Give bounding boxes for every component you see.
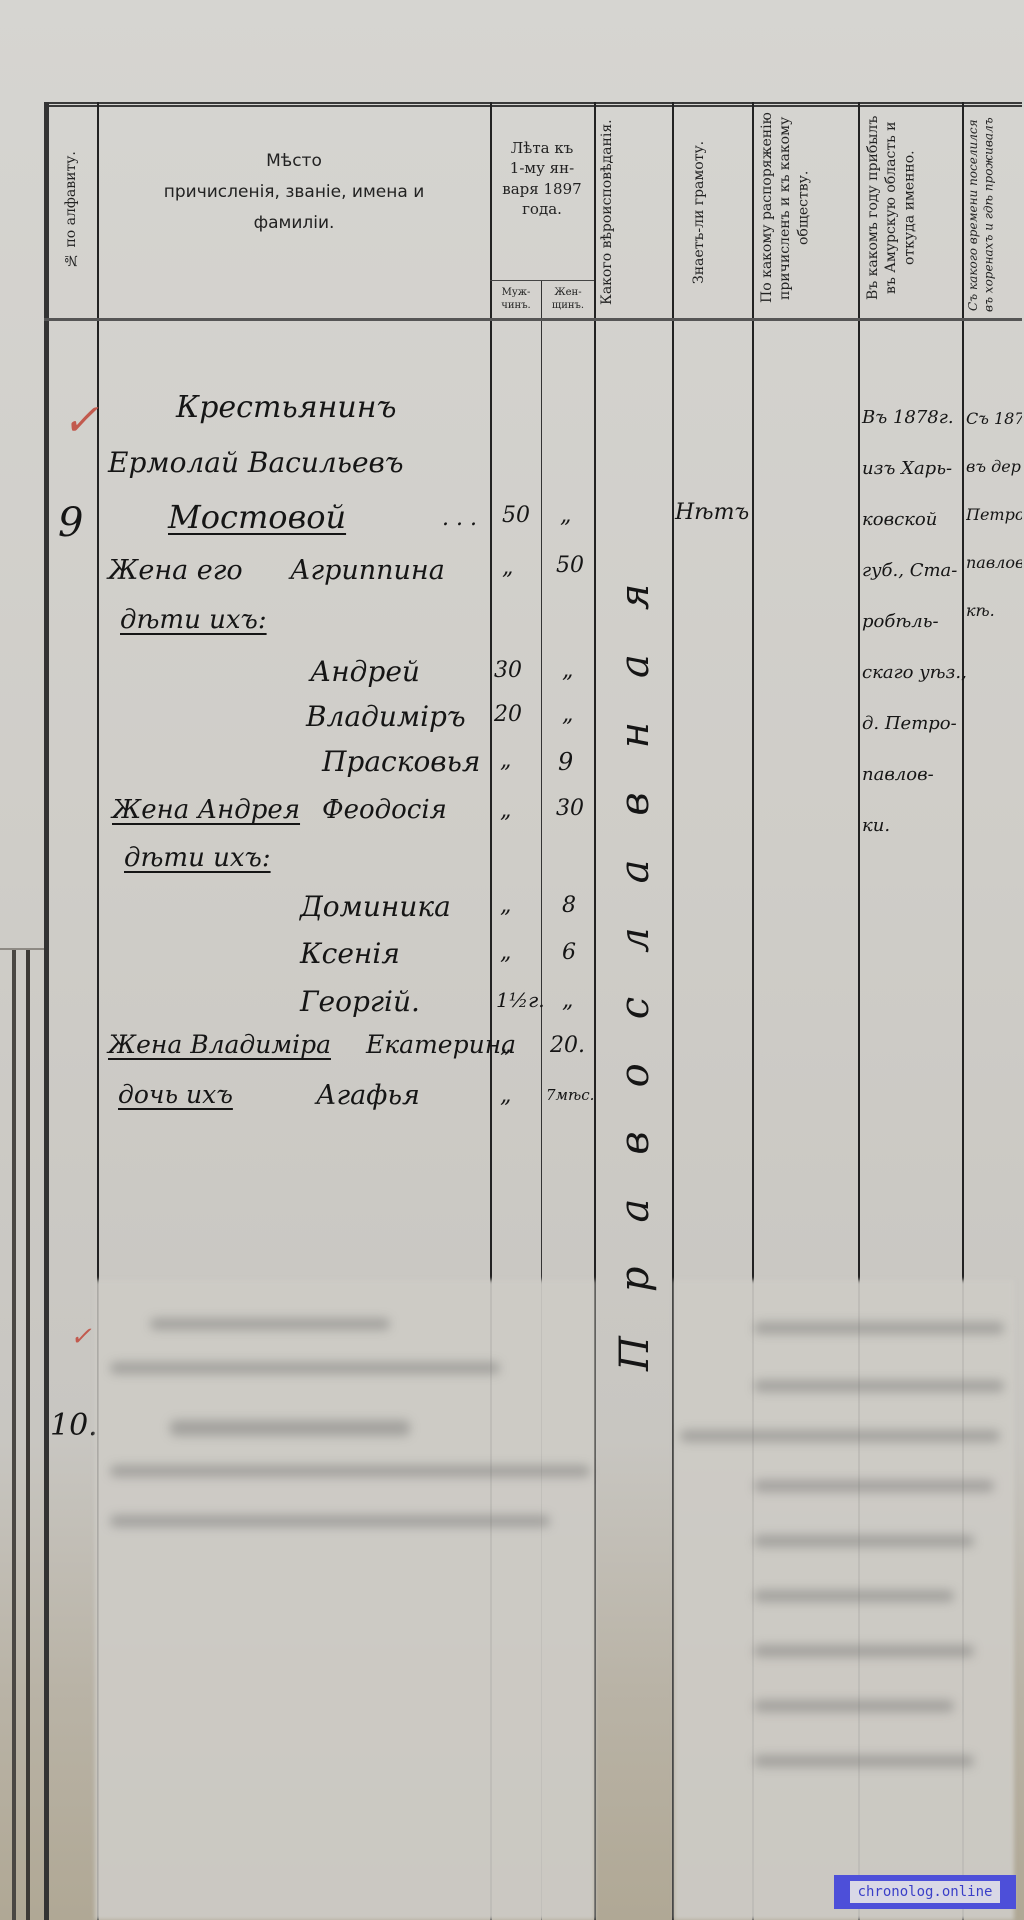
blurred-text xyxy=(170,1420,410,1436)
header-age-line4: года. xyxy=(492,199,592,219)
dots: . . . xyxy=(442,506,477,531)
arrival-line: Въ 1878г. xyxy=(862,392,962,443)
blurred-text xyxy=(110,1362,500,1374)
member-name: Ксенія xyxy=(300,937,400,970)
age-female: 7мѣс. xyxy=(546,1086,594,1104)
member-name: Андрей xyxy=(310,655,420,688)
member-label: дочь ихъ xyxy=(118,1080,233,1109)
check-mark: ✓ xyxy=(70,1322,92,1352)
age-male: 30 xyxy=(494,658,522,683)
blurred-text xyxy=(110,1465,590,1477)
blurred-text xyxy=(150,1318,390,1330)
member-label: дѣти ихъ: xyxy=(124,843,271,873)
age-male: „ xyxy=(500,893,511,918)
age-male: „ xyxy=(500,1033,511,1058)
blurred-region xyxy=(95,1280,595,1920)
check-mark: ✓ xyxy=(62,395,99,446)
header-arrival: Въ какомъ году прибылъ въ Амурскую облас… xyxy=(864,108,958,308)
arrival-line: скаго уѣз., xyxy=(862,647,962,698)
header-age-male: Муж-чинъ. xyxy=(492,286,540,312)
age-male: 20 xyxy=(494,702,522,727)
age-male: „ xyxy=(500,748,511,773)
age-male: 50 xyxy=(502,503,530,528)
age-female: „ xyxy=(562,988,573,1013)
header-age-female: Жен-щинъ. xyxy=(543,286,593,312)
since-line: Петро- xyxy=(966,491,1022,539)
arrival-line: ковской xyxy=(862,494,962,545)
member-name: Георгій. xyxy=(300,985,420,1018)
member-name: Владиміръ xyxy=(306,700,466,733)
arrival-line: ки. xyxy=(862,800,962,851)
watermark[interactable]: chronolog.online xyxy=(834,1875,1016,1909)
header-age-line1: Лѣта къ xyxy=(492,138,592,158)
member-label: Жена его xyxy=(108,555,243,586)
member-label: Жена Андрея xyxy=(112,795,300,825)
age-subheader-rule xyxy=(490,280,594,281)
blurred-text xyxy=(680,1430,1000,1442)
header-number: № по алфавиту. xyxy=(62,110,86,310)
since-line: кѣ. xyxy=(966,587,1022,635)
age-female: 6 xyxy=(562,940,576,965)
arrival-line: павлов- xyxy=(862,749,962,800)
page-edge xyxy=(12,950,16,1920)
watermark-text[interactable]: chronolog.online xyxy=(850,1881,1001,1903)
religion-value: Православная xyxy=(612,540,662,1560)
entry-surname: Мостовой xyxy=(168,498,346,536)
blurred-text xyxy=(754,1535,974,1547)
arrival-line: д. Петро- xyxy=(862,698,962,749)
header-age-line2: 1-му ян- xyxy=(492,158,592,178)
since-line: павлов- xyxy=(966,539,1022,587)
header-name-line3: фамиліи. xyxy=(100,212,488,235)
member-name: Екатерина xyxy=(366,1030,516,1059)
member-name: Прасковья xyxy=(322,745,480,778)
blurred-text xyxy=(754,1700,954,1712)
header-age-line3: варя 1897 xyxy=(492,179,592,199)
literacy-value: Нѣтъ xyxy=(675,500,749,525)
entry-number: 10. xyxy=(50,1408,98,1443)
arrival-line: губ., Ста- xyxy=(862,545,962,596)
header-name-line1: Мѣсто xyxy=(100,150,488,173)
arrival-column: Въ 1878г. изъ Харь- ковской губ., Ста- р… xyxy=(862,392,962,851)
header-bottom-rule xyxy=(44,318,1022,321)
blurred-text xyxy=(754,1380,1004,1392)
age-male: „ xyxy=(502,555,513,580)
age-female: 50 xyxy=(556,553,584,578)
document-page: № по алфавиту. Мѣсто причисленія, званіе… xyxy=(0,0,1024,1920)
age-female: „ xyxy=(562,702,573,727)
entry-head-name: Ермолай Васильевъ xyxy=(108,446,403,479)
header-name-line2: причисленія, званіе, имена и xyxy=(100,181,488,204)
entry-number: 9 xyxy=(58,500,83,546)
member-name: Агриппина xyxy=(290,555,445,586)
page-edge xyxy=(26,950,30,1920)
arrival-line: робѣль- xyxy=(862,596,962,647)
left-border xyxy=(44,102,49,1920)
member-name: Феодосія xyxy=(322,795,447,825)
age-female: 9 xyxy=(558,748,573,776)
member-name: Доминика xyxy=(300,890,451,923)
age-female: 30 xyxy=(556,796,584,821)
header-registration: По какому распоряженію причисленъ и къ к… xyxy=(758,108,854,308)
header-religion: Какого вѣроисповѣданія. xyxy=(598,112,668,312)
age-female: 20. xyxy=(550,1033,585,1058)
header-literacy: Знаетъ-ли грамоту. xyxy=(690,112,734,312)
member-name: Агафья xyxy=(316,1080,420,1111)
arrival-line: изъ Харь- xyxy=(862,443,962,494)
age-male: „ xyxy=(500,1083,511,1108)
age-female: „ xyxy=(562,658,573,683)
member-label: дѣти ихъ: xyxy=(120,605,267,635)
age-male: 1½г. xyxy=(496,988,545,1012)
blurred-text xyxy=(754,1480,994,1492)
blurred-text xyxy=(754,1322,1004,1334)
page-edge xyxy=(0,948,44,950)
age-male: „ xyxy=(500,798,511,823)
entry-estate: Крестьянинъ xyxy=(176,390,396,425)
member-label: Жена Владиміра xyxy=(108,1030,331,1059)
blurred-text xyxy=(110,1515,550,1527)
age-female: 8 xyxy=(562,893,576,918)
age-female: „ xyxy=(560,503,571,528)
since-line: Съ 1878 xyxy=(966,395,1022,443)
blurred-text xyxy=(754,1755,974,1767)
since-line: въ дер. xyxy=(966,443,1022,491)
since-column: Съ 1878 въ дер. Петро- павлов- кѣ. xyxy=(966,395,1022,635)
header-since: Съ какого времени поселился въ хоренахъ … xyxy=(966,115,1020,315)
age-male: „ xyxy=(500,940,511,965)
header-name: Мѣсто причисленія, званіе, имена и фамил… xyxy=(100,150,488,235)
blurred-text xyxy=(754,1590,954,1602)
blurred-text xyxy=(754,1645,974,1657)
header-age: Лѣта къ 1-му ян- варя 1897 года. xyxy=(492,138,592,219)
